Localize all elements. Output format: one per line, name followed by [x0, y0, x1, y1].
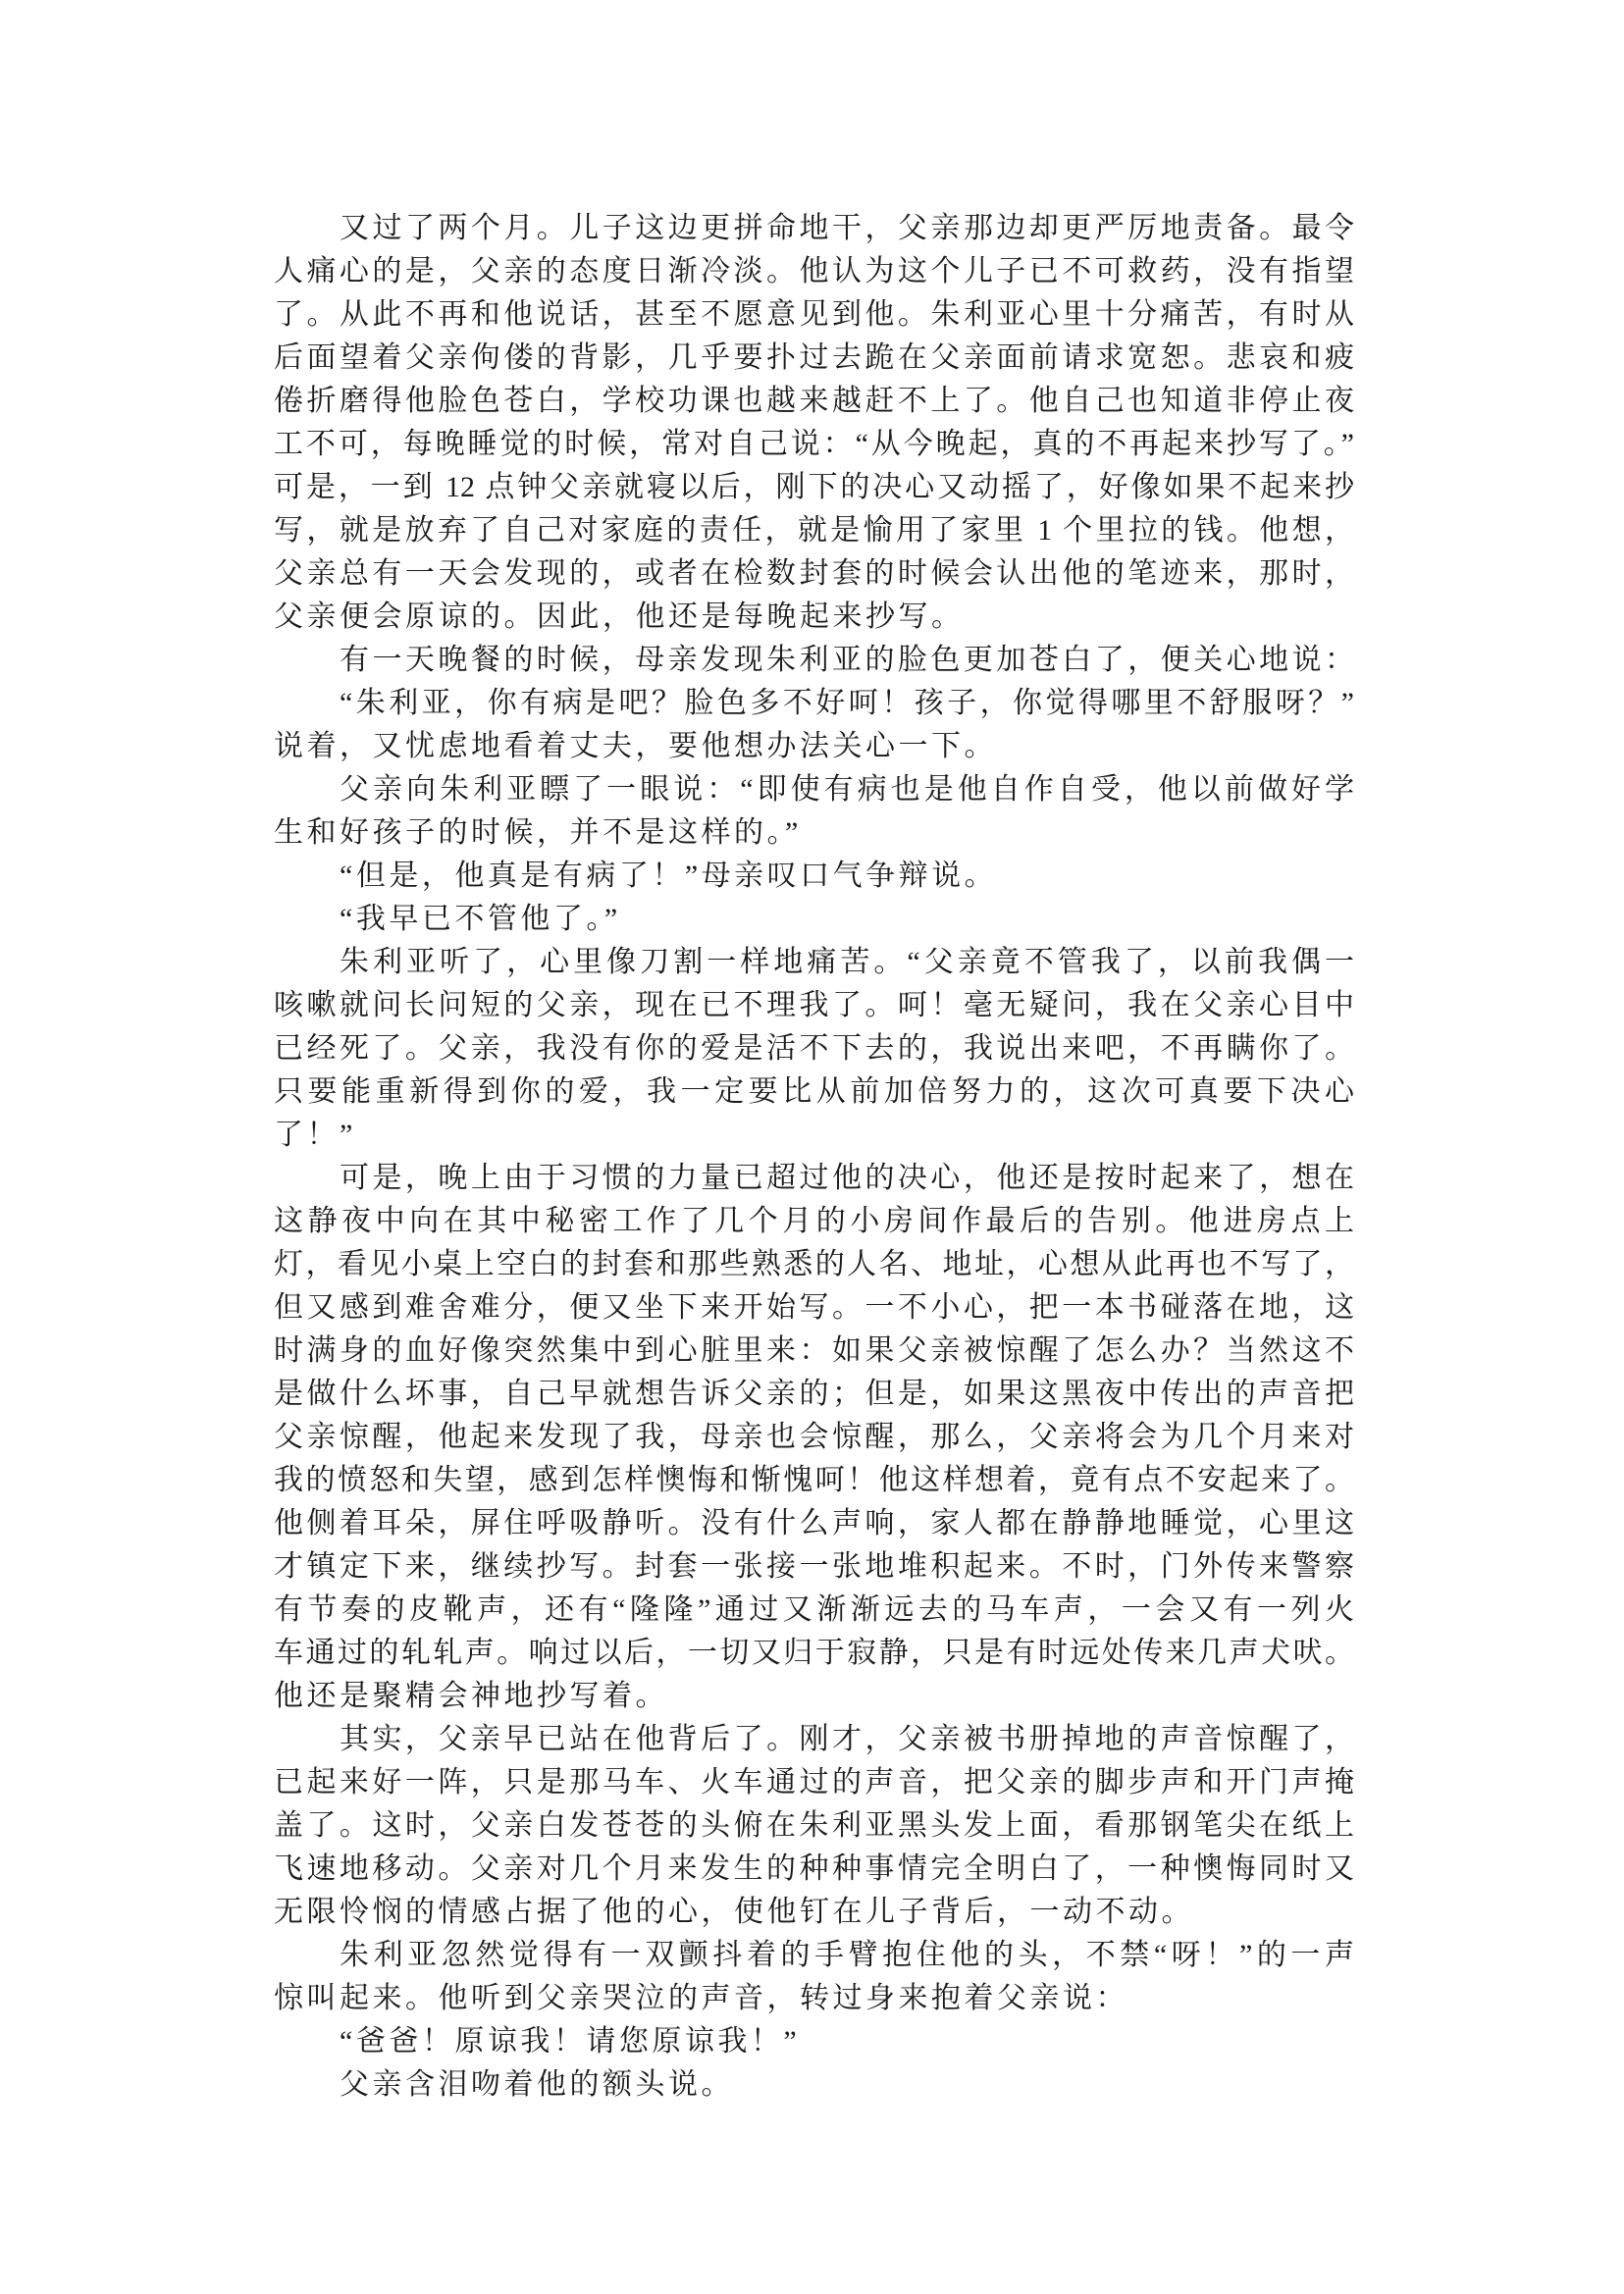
text-line: “但是，他真是有病了！”母亲叹口气争辩说。 [274, 855, 1354, 898]
text-line: 灯，看见小桌上空白的封套和那些熟悉的人名、地址，心想从此再也不写了， [274, 1243, 1354, 1286]
text-line: 他侧着耳朵，屏住呼吸静听。没有什么声响，家人都在静静地睡觉，心里这 [274, 1502, 1354, 1545]
text-line: 才镇定下来，继续抄写。封套一张接一张地堆积起来。不时，门外传来警察 [274, 1545, 1354, 1589]
text-line: 这静夜中向在其中秘密工作了几个月的小房间作最后的告别。他进房点上 [274, 1200, 1354, 1243]
text-line: 其实，父亲早已站在他背后了。刚才，父亲被书册掉地的声音惊醒了， [274, 1718, 1354, 1761]
text-line: 又过了两个月。儿子这边更拼命地干，父亲那边却更严厉地责备。最令 [274, 207, 1354, 250]
text-line: 了！” [274, 1114, 1354, 1157]
text-line: 是做什么坏事，自己早就想告诉父亲的；但是，如果这黑夜中传出的声音把 [274, 1373, 1354, 1416]
text-block: 又过了两个月。儿子这边更拼命地干，父亲那边却更严厉地责备。最令人痛心的是，父亲的… [274, 207, 1354, 2107]
text-line: 可是，晚上由于习惯的力量已超过他的决心，他还是按时起来了，想在 [274, 1157, 1354, 1200]
text-line: 车通过的轧轧声。响过以后，一切又归于寂静，只是有时远处传来几声犬吠。 [274, 1632, 1354, 1675]
text-line: 有节奏的皮靴声，还有“隆隆”通过又渐渐远去的马车声，一会又有一列火 [274, 1589, 1354, 1632]
text-line: 已经死了。父亲，我没有你的爱是活不下去的，我说出来吧，不再瞒你了。 [274, 1027, 1354, 1070]
text-line: 朱利亚忽然觉得有一双颤抖着的手臂抱住他的头，不禁“呀！”的一声 [274, 1934, 1354, 1977]
text-line: 但又感到难舍难分，便又坐下来开始写。一不小心，把一本书碰落在地，这 [274, 1286, 1354, 1329]
text-line: 父亲含泪吻着他的额头说。 [274, 2063, 1354, 2107]
text-line: 父亲向朱利亚瞟了一眼说：“即使有病也是他自作自受，他以前做好学 [274, 768, 1354, 811]
text-line: 无限怜悯的情感占据了他的心，使他钉在儿子背后，一动不动。 [274, 1891, 1354, 1934]
text-line: 父亲惊醒，他起来发现了我，母亲也会惊醒，那么，父亲将会为几个月来对 [274, 1416, 1354, 1459]
text-line: 生和好孩子的时候，并不是这样的。” [274, 811, 1354, 855]
text-line: 写，就是放弃了自己对家庭的责任，就是愉用了家里 1 个里拉的钱。他想， [274, 509, 1354, 552]
text-line: 说着，又忧虑地看着丈夫，要他想办法关心一下。 [274, 725, 1354, 768]
text-line: 已起来好一阵，只是那马车、火车通过的声音，把父亲的脚步声和开门声掩 [274, 1761, 1354, 1804]
text-line: 倦折磨得他脸色苍白，学校功课也越来越赶不上了。他自己也知道非停止夜 [274, 380, 1354, 423]
text-line: 人痛心的是，父亲的态度日渐冷淡。他认为这个儿子已不可救药，没有指望 [274, 250, 1354, 293]
text-line: 只要能重新得到你的爱，我一定要比从前加倍努力的，这次可真要下决心 [274, 1070, 1354, 1114]
text-line: 后面望着父亲佝偻的背影，几乎要扑过去跪在父亲面前请求宽恕。悲哀和疲 [274, 337, 1354, 380]
text-line: 父亲便会原谅的。因此，他还是每晚起来抄写。 [274, 596, 1354, 639]
text-line: 工不可，每晚睡觉的时候，常对自己说：“从今晚起，真的不再起来抄写了。” [274, 423, 1354, 466]
text-line: 我的愤怒和失望，感到怎样懊悔和惭愧呵！他这样想着，竟有点不安起来了。 [274, 1459, 1354, 1502]
text-line: 有一天晚餐的时候，母亲发现朱利亚的脸色更加苍白了，便关心地说： [274, 639, 1354, 682]
text-line: 盖了。这时，父亲白发苍苍的头俯在朱利亚黑头发上面，看那钢笔尖在纸上 [274, 1804, 1354, 1848]
text-line: 时满身的血好像突然集中到心脏里来：如果父亲被惊醒了怎么办？当然这不 [274, 1329, 1354, 1373]
text-line: 了。从此不再和他说话，甚至不愿意见到他。朱利亚心里十分痛苦，有时从 [274, 293, 1354, 337]
text-line: 他还是聚精会神地抄写着。 [274, 1675, 1354, 1718]
page: { "page": { "background": "#ffffff", "te… [0, 0, 1624, 2294]
text-line: “朱利亚，你有病是吧？脸色多不好呵！孩子，你觉得哪里不舒服呀？” [274, 682, 1354, 725]
text-line: 可是，一到 12 点钟父亲就寝以后，刚下的决心又动摇了，好像如果不起来抄 [274, 466, 1354, 509]
text-line: 朱利亚听了，心里像刀割一样地痛苦。“父亲竟不管我了，以前我偶一 [274, 941, 1354, 984]
text-line: 惊叫起来。他听到父亲哭泣的声音，转过身来抱着父亲说： [274, 1977, 1354, 2020]
text-line: 咳嗽就问长问短的父亲，现在已不理我了。呵！毫无疑问，我在父亲心目中 [274, 984, 1354, 1027]
text-line: 父亲总有一天会发现的，或者在检数封套的时候会认出他的笔迹来，那时， [274, 552, 1354, 596]
text-line: 飞速地移动。父亲对几个月来发生的种种事情完全明白了，一种懊悔同时又 [274, 1848, 1354, 1891]
text-line: “爸爸！原谅我！请您原谅我！” [274, 2020, 1354, 2063]
text-line: “我早已不管他了。” [274, 898, 1354, 941]
